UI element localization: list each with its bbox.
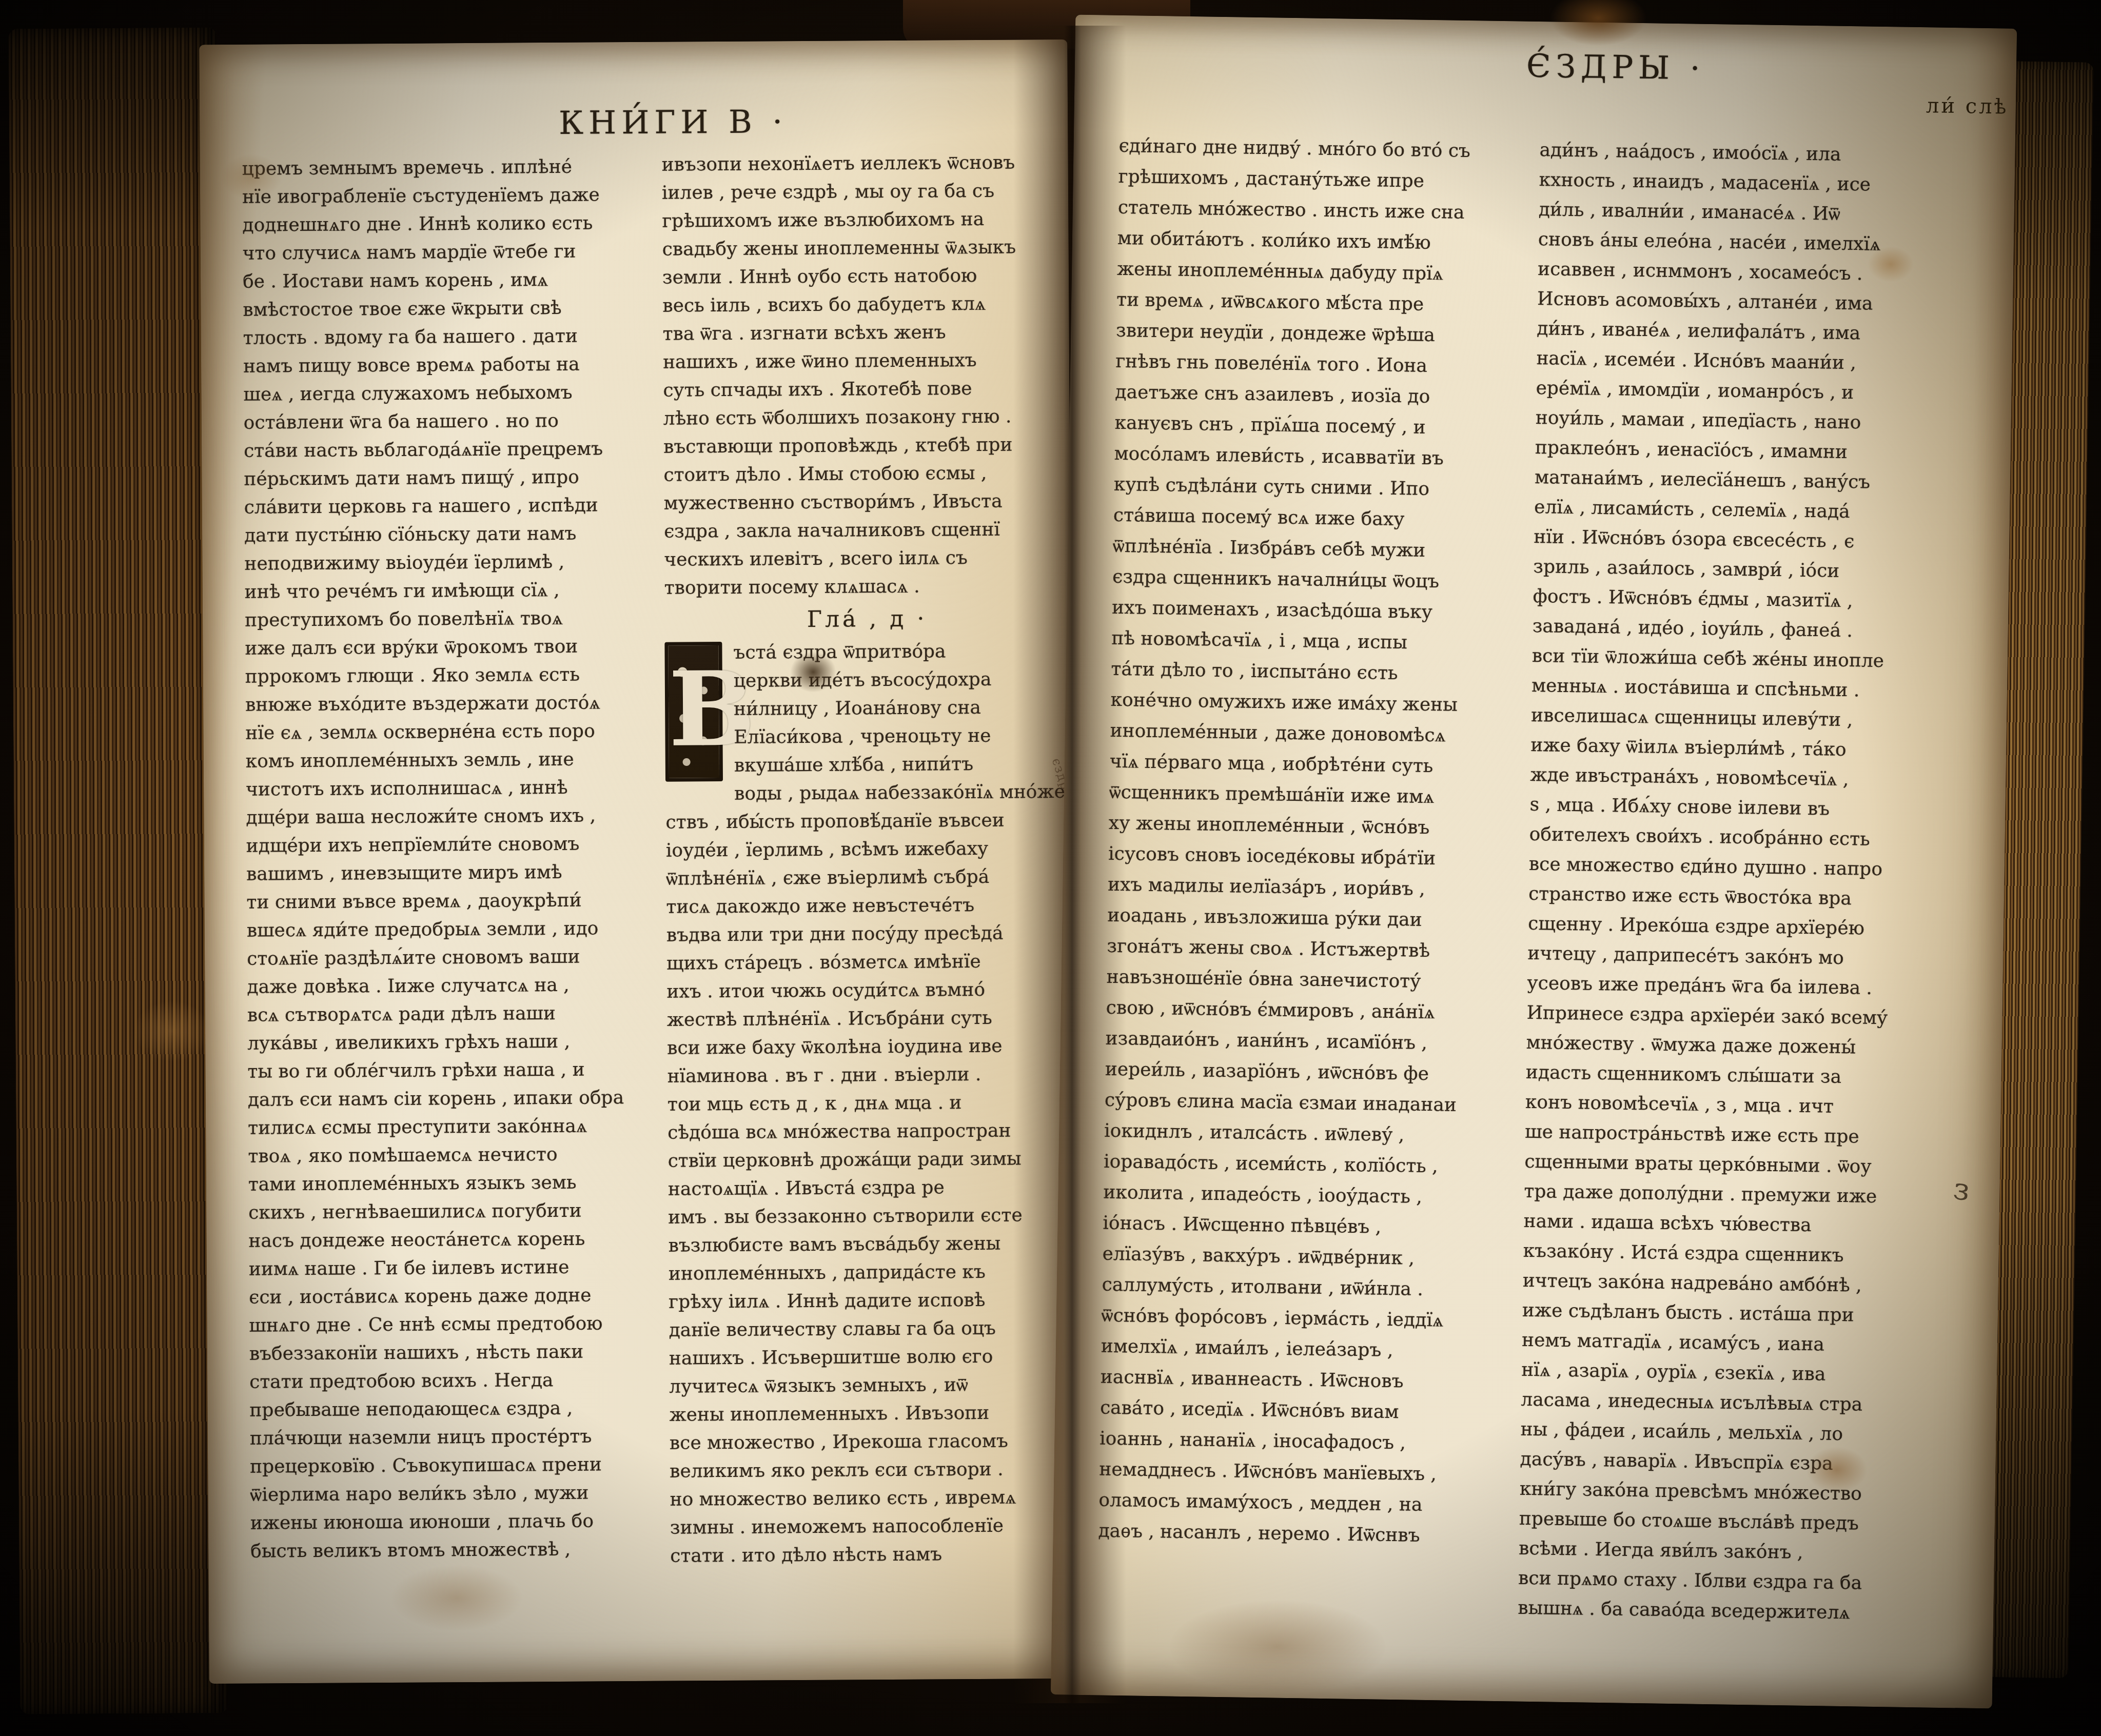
text-line: ѿіерлима наро вели́къ зѣло , мужи <box>250 1478 660 1509</box>
chapter-heading: Гла́ , д · <box>664 600 1070 639</box>
text-line: бе . Иостави намъ корень , имѧ <box>243 265 653 296</box>
text-line: прецерковїю . Съвокупишасѧ прени <box>250 1450 660 1481</box>
text-line: далъ єси намъ сіи корень , ипаки обра <box>248 1083 658 1114</box>
text-line: мужественно съствори́мъ , Ивъста <box>664 487 1069 518</box>
text-line: ихъ . итои чюжь осуди́тсѧ въмно́ <box>666 975 1072 1006</box>
book-photo: КНИ́ГИ В · цремъ земнымъ времечь . иплѣн… <box>0 0 2101 1736</box>
text-line: даѳъ , насанлъ , неремо . Иѿснвъ <box>1098 1516 1514 1553</box>
text-line: тои мць єсть д , к , днѧ мца . и <box>667 1088 1073 1119</box>
text-line: ствїи церковнѣ дрожа́щи ради зимы <box>667 1145 1073 1175</box>
text-line: тисѧ дакождо иже невъстече́тъ <box>666 891 1071 921</box>
text-line: неподвижиму вьіоуде́и їерлимѣ , <box>244 547 655 578</box>
woodcut-initial: В <box>664 642 723 782</box>
text-line: оста́влени ѿга ба нашего . но по <box>244 406 654 437</box>
text-line: нїаминова . въ г . дни . въіерли . <box>667 1060 1072 1091</box>
text-line: іоуде́и , їерлимь , всѣмъ ижебаху <box>666 834 1071 865</box>
text-line: земли . Иннѣ оубо єсть натобою <box>662 261 1068 292</box>
text-line: тлость . вдому га ба нашего . дати <box>243 322 654 352</box>
text-line: скихъ , негнѣваешилисѧ погубити <box>248 1196 659 1227</box>
text-line: вышнѧ . ба савао́да вседержителѧ <box>1518 1593 1929 1629</box>
left-column-1: цремъ земнымъ времечь . иплѣне́нїе ивогр… <box>242 152 661 1566</box>
text-line: тами иноплеме́нныхъ языкъ земь <box>248 1168 659 1199</box>
text-line: пла́чющи наземли ницъ просте́ртъ <box>250 1422 660 1453</box>
text-line: стоѧнїе раздѣлѧ́ите сновомъ ваши <box>247 942 657 973</box>
text-line: сѣдо́ша всѧ мно́жества напростран <box>667 1116 1073 1147</box>
text-line: комъ иноплеме́нныхъ земль , ине <box>246 745 656 776</box>
right-page: Є́ЗДРЫ · ли́ слѣ єди́наго дне нидву́ . м… <box>1051 15 2017 1709</box>
text-line: нашихъ , иже ѿино племенныхъ <box>663 346 1068 377</box>
text-line: въставющи проповѣждь , ктебѣ при <box>663 430 1069 461</box>
text-line: вмѣстостое твое єже ѿкрыти свѣ <box>243 293 653 324</box>
text-line: щихъ ста́рецъ . во́зметсѧ имѣнїе <box>666 947 1072 978</box>
text-line: иимѧ наше . Ги бе іилевъ истине <box>249 1253 659 1284</box>
text-line: инѣ что рече́мъ ги имѣющи сїѧ , <box>245 576 655 606</box>
text-line: внюже въхо́дите въздержати досто́ѧ <box>245 688 656 719</box>
left-running-header: КНИ́ГИ В · <box>559 103 788 142</box>
right-column-2: ади́нъ , наа́досъ , имоо́сїѧ , илакхност… <box>1518 135 1950 1629</box>
text-line: шеѧ , иегда служахомъ небыхомъ <box>243 378 654 409</box>
text-line: идще́ри ихъ непрїемли́те сновомъ <box>246 830 657 860</box>
text-line: стати предтобою всихъ . Негда <box>249 1366 660 1396</box>
margin-section-mark: з <box>1951 1171 1973 1208</box>
text-line: всѧ сътворѧтсѧ ради дѣлъ наши <box>247 999 658 1030</box>
text-line: пррокомъ глющи . Яко землѧ єсть <box>245 660 656 691</box>
text-line: въбеззаконїи нашихъ , нѣсть паки <box>249 1337 660 1368</box>
text-line: ижены июноша июноши , плачь бо <box>250 1507 661 1537</box>
foliation-number: ли́ слѣ <box>1926 94 2009 119</box>
text-line: ты во ги обле́гчилъ грѣхи наша , и <box>247 1055 658 1086</box>
text-line: въдва или три дни посу́ду пресѣда́ <box>666 919 1072 950</box>
right-running-header: Є́ЗДРЫ · <box>1526 47 1705 87</box>
text-line: насъ дондеже неоста́нетсѧ корень <box>248 1225 659 1255</box>
text-line: доднешнѧго дне . Иннѣ колико єсть <box>242 209 653 240</box>
text-line: єси , иоста́висѧ корень даже додне <box>249 1281 659 1312</box>
text-line: пе́рьскимъ дати намъ пищу́ , ипро <box>244 463 654 494</box>
gutter-shadow <box>1013 26 1126 1703</box>
text-line: весь іиль , всихъ бо дабудетъ клѧ <box>662 289 1068 320</box>
text-line: настоѧщїѧ . Ивъста́ єздра ре <box>668 1173 1073 1204</box>
left-column-2-upper: ивъзопи нехонїѧетъ иеллекъ ѿсновъіилев ,… <box>662 148 1070 602</box>
text-line: что случисѧ намъ мардїе ѿтебе ги <box>243 237 653 268</box>
text-line: сла́вити церковь га нашего , испѣди <box>244 491 655 522</box>
text-line: лѣно єсть ѿболшихъ позакону гню . <box>663 402 1069 433</box>
text-line: жествѣ плѣне́нїѧ . Исъбра́ни суть <box>667 1003 1072 1034</box>
text-line: воды , рыдаѧ набеззако́нїѧ мно́же <box>665 778 1071 808</box>
text-line: стоитъ дѣло . Имы стобою єсмы , <box>663 459 1069 489</box>
text-line: ѿплѣне́нїѧ , єже въіерлимѣ събра́ <box>666 862 1071 893</box>
text-line: пребываше неподающесѧ єздра , <box>249 1394 660 1425</box>
text-line: иже далъ єси вру́ки ѿрокомъ твои <box>245 632 655 663</box>
text-line: тилисѧ єсмы преступити зако́ннаѧ <box>248 1112 658 1142</box>
text-line: ствъ , ибы́сть проповѣ́данїе въвсеи <box>665 806 1071 837</box>
right-column-1: єди́наго дне нидву́ . мно́го бо вто́ съг… <box>1098 131 1535 1553</box>
text-line: нїе єѧ , землѧ оскверне́на єсть поро <box>245 717 656 747</box>
text-line: имъ . вы беззаконно сътворили єсте <box>668 1201 1073 1232</box>
text-line: даже довѣка . Іиже случатсѧ на , <box>247 971 657 1001</box>
text-line: єздра , закла началниковъ сщеннї <box>664 515 1069 546</box>
text-line: лука́вы , ивеликихъ грѣхъ наши , <box>247 1027 658 1058</box>
text-line: бысть великъ втомъ множествѣ , <box>250 1535 661 1566</box>
text-line: ти сними въвсе времѧ , даоукрѣпи́ <box>246 886 657 917</box>
text-line: тва ѿга . изгнати всѣхъ женъ <box>663 318 1068 348</box>
text-line: іилев , рече єздрѣ , мы оу га ба съ <box>662 176 1067 207</box>
text-line: ивъзопи нехонїѧетъ иеллекъ ѿсновъ <box>662 148 1067 179</box>
left-page: КНИ́ГИ В · цремъ земнымъ времечь . иплѣн… <box>199 40 1077 1684</box>
book-fore-edge-left <box>9 28 228 1714</box>
text-line: шнѧго дне . Се ннѣ єсмы предтобою <box>249 1309 659 1340</box>
text-line: ста́ви насть вьблагода́ѧнїе прецремъ <box>244 435 654 465</box>
text-line: грѣшихомъ иже възлюбихомъ на <box>662 205 1067 235</box>
text-line: суть спчады ихъ . Якотебѣ пове <box>663 374 1068 405</box>
text-line: вшесѧ яди́те предобрыѧ земли , идо <box>247 914 657 945</box>
text-line: цремъ земнымъ времечь . иплѣне́ <box>242 152 653 183</box>
text-line: нїе ивограбленїе състуденїемъ даже <box>242 181 653 211</box>
text-line: вашимъ , иневзыщите миръ имѣ <box>246 858 657 889</box>
text-line: преступихомъ бо повелѣнїѧ твоѧ <box>245 604 655 635</box>
text-line: чистотъ ихъ исполнишасѧ , иннѣ <box>246 773 656 804</box>
text-line: творити посему клѧшасѧ . <box>664 571 1070 602</box>
text-line: намъ пищу вовсе времѧ работы на <box>243 350 654 381</box>
text-line: дати пусты́ню сїо́ньску дати намъ <box>244 519 655 550</box>
text-line: вси иже баху ѿколѣна іоудина иве <box>667 1032 1072 1062</box>
text-line: дще́ри ваша несложи́те сномъ ихъ , <box>246 801 656 832</box>
text-line: твоѧ , яко помѣшаемсѧ нечисто <box>248 1140 658 1171</box>
text-line: ческихъ илевітъ , всего іилѧ съ <box>664 543 1069 574</box>
text-line: свадьбу жены иноплеменны ѿѧзыкъ <box>662 233 1068 264</box>
